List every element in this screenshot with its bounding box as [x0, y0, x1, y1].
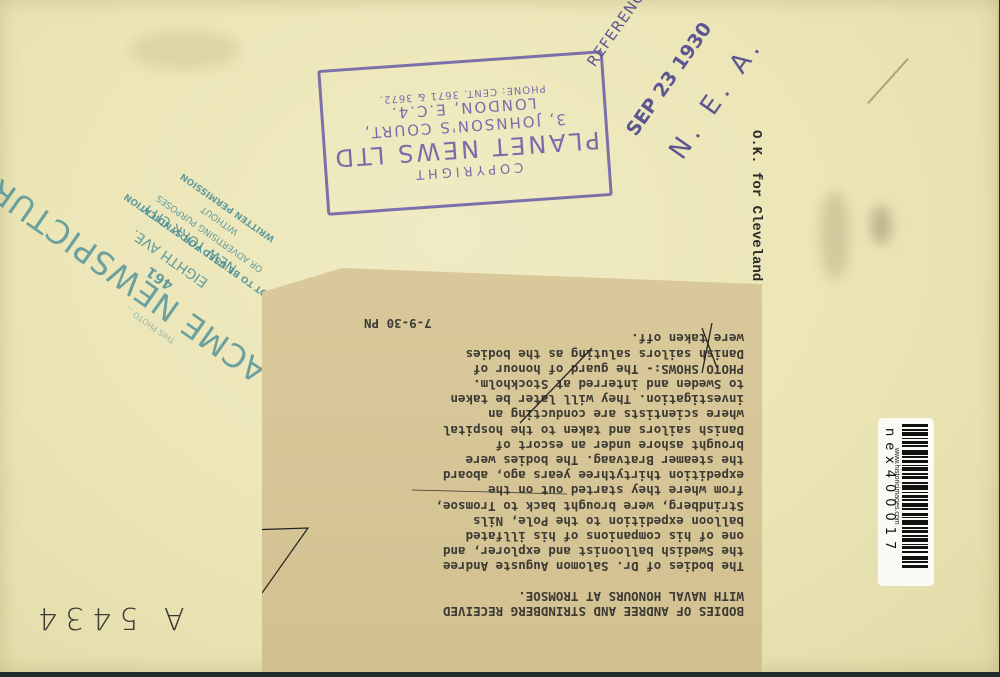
- stain: [870, 205, 892, 245]
- pencil-inventory-note: A 5434: [30, 600, 184, 635]
- caption-dateline: 7-9-30 PN: [284, 316, 744, 331]
- stain: [820, 190, 850, 280]
- caption-text: BODIES OF ANDREE AND STRINDBERG RECEIVED…: [284, 316, 744, 646]
- stamp-department: REFERENCE DEPT: [583, 0, 682, 70]
- barcode-url: www.historicimages.com: [893, 448, 900, 525]
- scratch-mark: [867, 58, 909, 104]
- caption-slip: BODIES OF ANDREE AND STRINDBERG RECEIVED…: [262, 268, 762, 672]
- acme-newspictures-stamp: ACME NEWSPICTURES THIS PHOTO ... 461 EIG…: [0, 0, 300, 420]
- caption-headline: BODIES OF ANDREE AND STRINDBERG RECEIVED…: [284, 588, 744, 618]
- photo-back: ACME NEWSPICTURES THIS PHOTO ... 461 EIG…: [0, 0, 999, 672]
- barcode-icon: [902, 424, 928, 580]
- acme-stamp-title: ACME NEWSPICTURES: [6, 187, 274, 390]
- caption-body: The bodies of Dr. Salomon Auguste Andree…: [284, 331, 744, 574]
- typed-approval-note: O.K. for Cleveland: [748, 130, 764, 281]
- reference-dept-stamp: REFERENCE DEPT SEP 23 1930 N. E. A.: [600, 0, 790, 150]
- planet-news-copyright-stamp: COPYRIGHT PLANET NEWS LTD 3, JOHNSON'S C…: [317, 50, 612, 216]
- barcode-label: nex400017 www.historicimages.com: [878, 418, 934, 586]
